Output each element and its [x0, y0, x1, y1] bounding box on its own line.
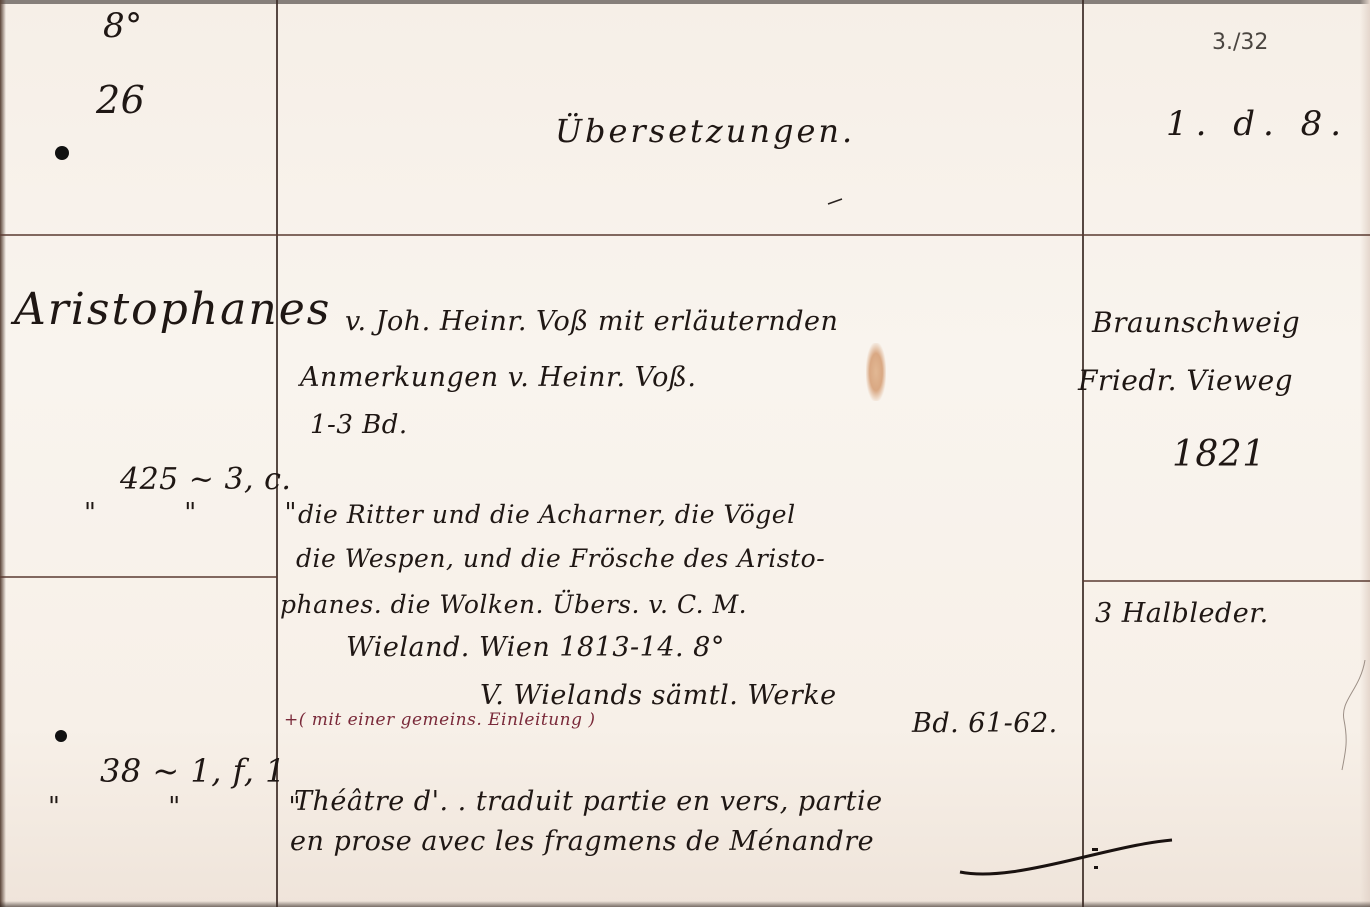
catalog-card: 8° 26 Übersetzungen. 3./32 1. d. 8. Aris… [0, 0, 1370, 907]
translation-line-1: die Ritter und die Acharner, die Vögel [298, 500, 796, 529]
format-mark: 8° [103, 6, 143, 46]
publisher-place: Braunschweig [1092, 306, 1300, 339]
right-column-rule [1083, 580, 1370, 582]
translation-line-2: die Wespen, und die Frösche des Aristo- [296, 544, 825, 573]
punch-hole-top [55, 146, 69, 160]
left-column-rule [0, 576, 277, 578]
description-line-1: v. Joh. Heinr. Voß mit erläuternden [345, 306, 838, 337]
pencil-mark: 3./32 [1212, 30, 1268, 55]
header-rule [0, 234, 1370, 236]
card-edge-bottom [0, 901, 1370, 907]
pen-mark [826, 196, 846, 206]
french-title-line-1: Théâtre d'. . traduit partie en vers, pa… [294, 786, 883, 817]
wieland-ref-line-1: V. Wielands sämtl. Werke [480, 680, 837, 711]
card-number: 26 [96, 78, 145, 122]
card-edge-top [0, 0, 1370, 4]
author-name: Aristophanes [14, 284, 331, 335]
volume-range: 1-3 Bd. [310, 410, 408, 440]
wieland-ref-line-2: Bd. 61-62. [912, 708, 1058, 739]
shelf-ref-2: 38 ~ 1, f, 1 [100, 752, 286, 790]
paper-crack [1330, 660, 1370, 780]
translation-line-4: Wieland. Wien 1813-14. 8° [346, 632, 725, 663]
publisher-name: Friedr. Vieweg [1078, 364, 1293, 397]
punch-hole-bottom [55, 730, 67, 742]
french-title-line-2: en prose avec les fragmens de Ménandre [290, 826, 874, 857]
card-edge-left [0, 0, 6, 907]
red-ink-note: +( mit einer gemeins. Einleitung ) [284, 710, 596, 730]
closing-flourish [950, 830, 1180, 880]
publication-year: 1821 [1172, 434, 1266, 475]
translation-line-3: phanes. die Wolken. Übers. v. C. M. [280, 590, 747, 619]
description-line-2: Anmerkungen v. Heinr. Voß. [300, 362, 697, 393]
shelf-code: 1. d. 8. [1166, 104, 1349, 144]
binding-note: 3 Halbleder. [1095, 598, 1269, 629]
shelf-ref-1: 425 ~ 3, c. [120, 462, 291, 497]
section-title: Übersetzungen. [555, 112, 855, 150]
column-rule-right [1082, 0, 1084, 907]
thread-knot [866, 343, 886, 401]
